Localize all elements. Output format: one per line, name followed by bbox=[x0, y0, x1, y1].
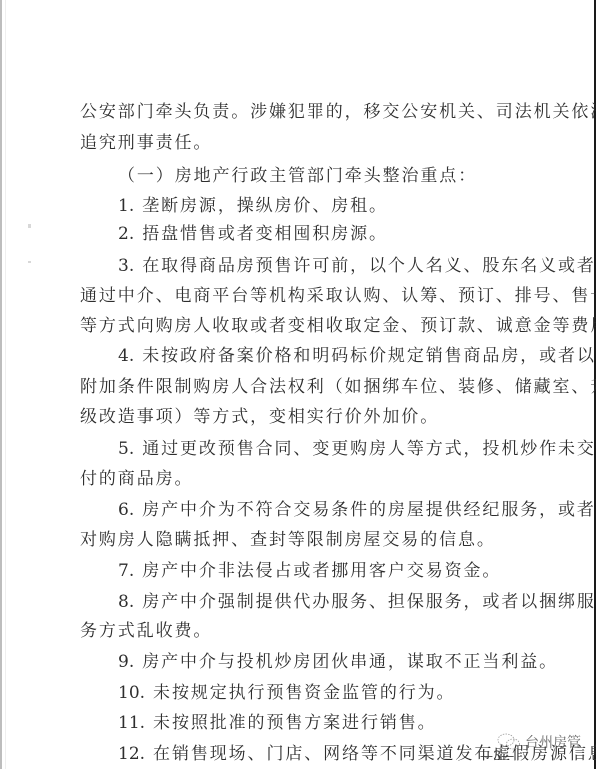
item-number: 12. bbox=[118, 744, 145, 764]
wechat-bubble-icon bbox=[497, 732, 521, 752]
item-number: 11. bbox=[118, 713, 145, 733]
paragraph-line: 追究刑事责任。 bbox=[80, 128, 212, 158]
watermark-text: 台州房管 bbox=[525, 732, 581, 752]
numbered-item-line: 8.房产中介强制提供代办服务、担保服务，或者以捆绑服 bbox=[118, 587, 596, 617]
item-number: 10. bbox=[118, 683, 145, 703]
numbered-item-line: 4.未按政府备案价格和明码标价规定销售商品房，或者以 bbox=[118, 341, 596, 371]
line-text: 未按政府备案价格和明码标价规定销售商品房，或者以 bbox=[142, 346, 596, 366]
item-number: 5. bbox=[118, 439, 134, 459]
numbered-item-line: 10.未按规定执行预售资金监管的行为。 bbox=[118, 678, 455, 708]
line-text: 捂盘惜售或者变相囤积房源。 bbox=[142, 224, 388, 244]
line-text: 未按规定执行预售资金监管的行为。 bbox=[153, 683, 455, 703]
item-number: 7. bbox=[118, 561, 134, 581]
item-number: 9. bbox=[118, 652, 134, 672]
line-text: 通过中介、电商平台等机构采取认购、认筹、预订、排号、售卡 bbox=[80, 286, 596, 306]
line-text: 房产中介为不符合交易条件的房屋提供经纪服务，或者 bbox=[142, 500, 596, 520]
line-text: 等方式向购房人收取或者变相收取定金、预订款、诚意金等费用。 bbox=[80, 316, 596, 336]
paragraph-line: 附加条件限制购房人合法权利（如捆绑车位、装修、储藏室、升 bbox=[80, 372, 596, 402]
item-number: 4. bbox=[118, 346, 134, 366]
item-number: 6. bbox=[118, 500, 134, 520]
paragraph-line: （一）房地产行政主管部门牵头整治重点： bbox=[118, 161, 477, 191]
line-text: 务方式乱收费。 bbox=[80, 621, 212, 641]
scan-artifact bbox=[28, 261, 31, 263]
paragraph-line: 公安部门牵头负责。涉嫌犯罪的，移交公安机关、司法机关依法 bbox=[80, 97, 596, 127]
line-text: 公安部门牵头负责。涉嫌犯罪的，移交公安机关、司法机关依法 bbox=[80, 102, 596, 122]
paragraph-line: 等方式向购房人收取或者变相收取定金、预订款、诚意金等费用。 bbox=[80, 311, 596, 341]
numbered-item-line: 5.通过更改预售合同、变更购房人等方式，投机炒作未交 bbox=[118, 434, 596, 464]
scan-left-edge-inner bbox=[5, 0, 6, 769]
line-text: 对购房人隐瞒抵押、查封等限制房屋交易的信息。 bbox=[80, 530, 496, 550]
numbered-item-line: 11.未按照批准的预售方案进行销售。 bbox=[118, 708, 437, 738]
item-number: 8. bbox=[118, 592, 134, 612]
numbered-item-line: 7.房产中介非法侵占或者挪用客户交易资金。 bbox=[118, 556, 501, 586]
line-text: （一）房地产行政主管部门牵头整治重点： bbox=[118, 166, 477, 186]
paragraph-line: 付的商品房。 bbox=[80, 464, 193, 494]
line-text: 附加条件限制购房人合法权利（如捆绑车位、装修、储藏室、升 bbox=[80, 377, 596, 397]
numbered-item-line: 2.捂盘惜售或者变相囤积房源。 bbox=[118, 219, 388, 249]
line-text: 房产中介与投机炒房团伙串通，谋取不正当利益。 bbox=[142, 652, 558, 672]
line-text: 房产中介强制提供代办服务、担保服务，或者以捆绑服 bbox=[142, 592, 596, 612]
paragraph-line: 务方式乱收费。 bbox=[80, 616, 212, 646]
paragraph-line: 对购房人隐瞒抵押、查封等限制房屋交易的信息。 bbox=[80, 525, 496, 555]
line-text: 垄断房源，操纵房价、房租。 bbox=[142, 196, 388, 216]
line-text: 级改造事项）等方式，变相实行价外加价。 bbox=[80, 407, 439, 427]
numbered-item-line: 3.在取得商品房预售许可前，以个人名义、股东名义或者 bbox=[118, 251, 596, 281]
line-text: 房产中介非法侵占或者挪用客户交易资金。 bbox=[142, 561, 501, 581]
line-text: 在取得商品房预售许可前，以个人名义、股东名义或者 bbox=[142, 256, 596, 276]
paragraph-line: 级改造事项）等方式，变相实行价外加价。 bbox=[80, 402, 439, 432]
item-number: 1. bbox=[118, 196, 134, 216]
line-text: 通过更改预售合同、变更购房人等方式，投机炒作未交 bbox=[142, 439, 596, 459]
line-text: 未按照批准的预售方案进行销售。 bbox=[153, 713, 437, 733]
line-text: 追究刑事责任。 bbox=[80, 133, 212, 153]
line-text: 付的商品房。 bbox=[80, 469, 193, 489]
numbered-item-line: 6.房产中介为不符合交易条件的房屋提供经纪服务，或者 bbox=[118, 495, 596, 525]
numbered-item-line: 1.垄断房源，操纵房价、房租。 bbox=[118, 191, 388, 221]
scan-left-edge bbox=[0, 0, 2, 769]
item-number: 2. bbox=[118, 224, 134, 244]
numbered-item-line: 9.房产中介与投机炒房团伙串通，谋取不正当利益。 bbox=[118, 647, 558, 677]
item-number: 3. bbox=[118, 256, 134, 276]
paragraph-line: 通过中介、电商平台等机构采取认购、认筹、预订、排号、售卡 bbox=[80, 281, 596, 311]
scan-artifact bbox=[28, 224, 31, 228]
watermark: 台州房管 bbox=[497, 732, 581, 752]
